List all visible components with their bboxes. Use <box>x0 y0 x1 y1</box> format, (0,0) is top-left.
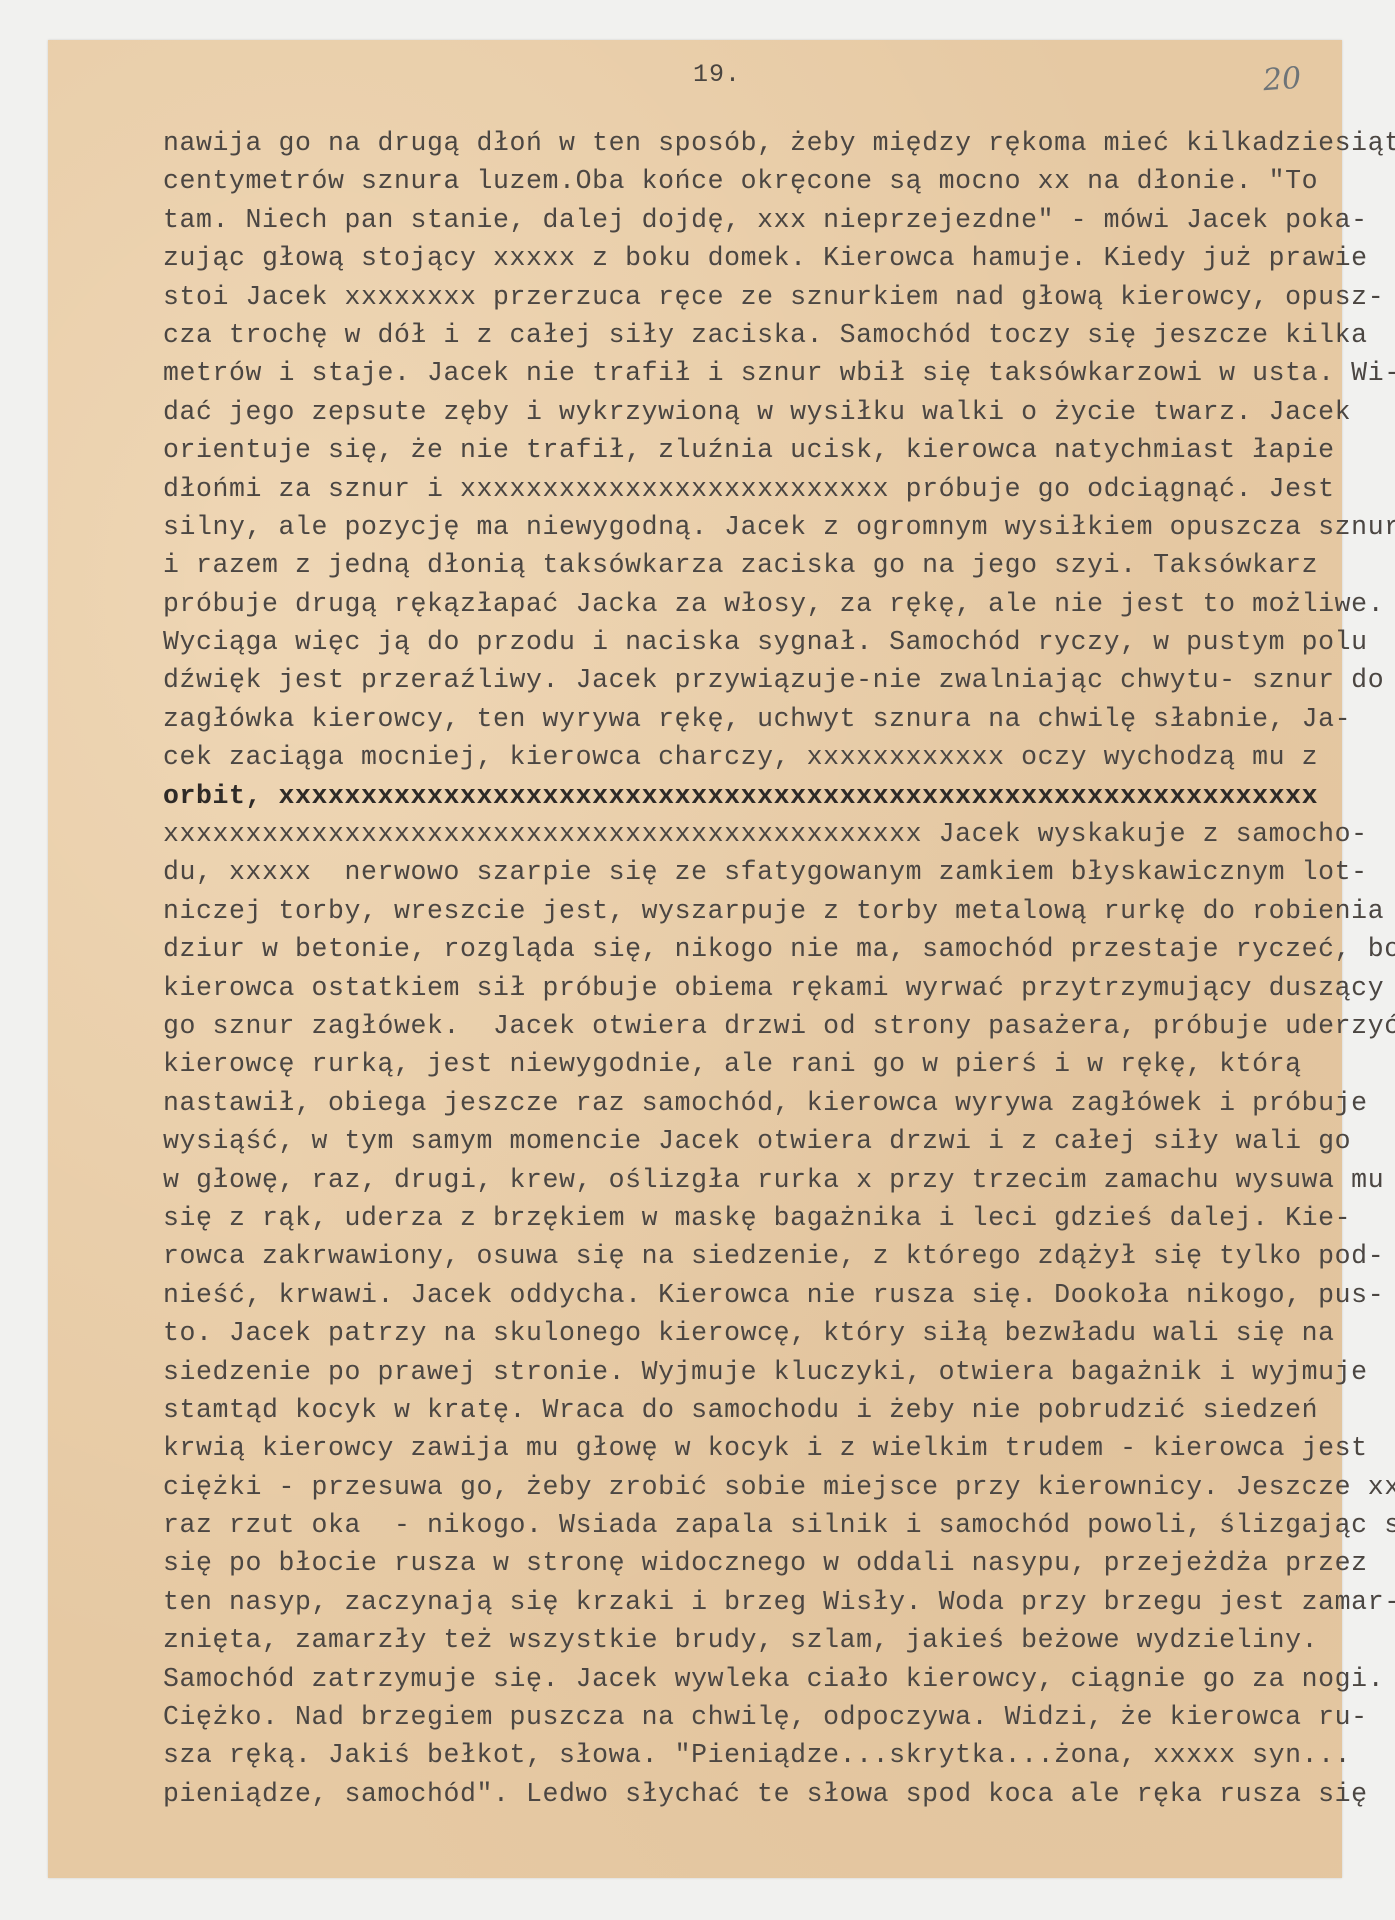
text-line: stoi Jacek xxxxxxxx przerzuca ręce ze sz… <box>163 278 1343 316</box>
text-line: kierowcę rurką, jest niewygodnie, ale ra… <box>163 1045 1343 1083</box>
text-line: ciężki - przesuwa go, żeby zrobić sobie … <box>163 1468 1343 1506</box>
text-line: nawija go na drugą dłoń w ten sposób, że… <box>163 124 1343 162</box>
text-line: próbuje drugą rękązłapać Jacka za włosy,… <box>163 585 1343 623</box>
text-line: w głowę, raz, drugi, krew, oślizgła rurk… <box>163 1161 1343 1199</box>
text-line: go sznur zagłówek. Jacek otwiera drzwi o… <box>163 1007 1343 1045</box>
text-line: i razem z jedną dłonią taksówkarza zacis… <box>163 546 1343 584</box>
text-line: nastawił, obiega jeszcze raz samochód, k… <box>163 1084 1343 1122</box>
text-line: dźwięk jest przeraźliwy. Jacek przywiązu… <box>163 661 1343 699</box>
text-line: to. Jacek patrzy na skulonego kierowcę, … <box>163 1314 1343 1352</box>
text-line: dłońmi za sznur i xxxxxxxxxxxxxxxxxxxxxx… <box>163 470 1343 508</box>
text-line: niczej torby, wreszcie jest, wyszarpuje … <box>163 892 1343 930</box>
text-line-struck-out: orbit, xxxxxxxxxxxxxxxxxxxxxxxxxxxxxxxxx… <box>163 777 1343 815</box>
handwritten-archive-number: 20 <box>1262 61 1303 99</box>
text-line: silny, ale pozycję ma niewygodną. Jacek … <box>163 508 1343 546</box>
text-line: nieść, krwawi. Jacek oddycha. Kierowca n… <box>163 1276 1343 1314</box>
text-line: ten nasyp, zaczynają się krzaki i brzeg … <box>163 1583 1343 1621</box>
text-line: sza ręką. Jakiś bełkot, słowa. "Pieniądz… <box>163 1736 1343 1774</box>
text-line: stamtąd kocyk w kratę. Wraca do samochod… <box>163 1391 1343 1429</box>
typewritten-page: 19. 20 nawija go na drugą dłoń w ten spo… <box>48 40 1342 1878</box>
text-line: zagłówka kierowcy, ten wyrywa rękę, uchw… <box>163 700 1343 738</box>
text-line: wysiąść, w tym samym momencie Jacek otwi… <box>163 1122 1343 1160</box>
text-line: xxxxxxxxxxxxxxxxxxxxxxxxxxxxxxxxxxxxxxxx… <box>163 815 1343 853</box>
text-line: kierowca ostatkiem sił próbuje obiema rę… <box>163 969 1343 1007</box>
text-line: du, xxxxx nerwowo szarpie się ze sfatygo… <box>163 853 1343 891</box>
page-number: 19. <box>693 60 741 89</box>
text-line: zując głową stojący xxxxx z boku domek. … <box>163 239 1343 277</box>
text-line: dziur w betonie, rozgląda się, nikogo ni… <box>163 930 1343 968</box>
text-line: znięta, zamarzły też wszystkie brudy, sz… <box>163 1621 1343 1659</box>
text-line: dać jego zepsute zęby i wykrzywioną w wy… <box>163 393 1343 431</box>
text-line: się po błocie rusza w stronę widocznego … <box>163 1544 1343 1582</box>
body-text: nawija go na drugą dłoń w ten sposób, że… <box>163 124 1343 1813</box>
text-line: krwią kierowcy zawija mu głowę w kocyk i… <box>163 1429 1343 1467</box>
text-line: tam. Niech pan stanie, dalej dojdę, xxx … <box>163 201 1343 239</box>
text-line: Samochód zatrzymuje się. Jacek wywleka c… <box>163 1660 1343 1698</box>
text-line: centymetrów sznura luzem.Oba końce okręc… <box>163 162 1343 200</box>
text-line: pieniądze, samochód". Ledwo słychać te s… <box>163 1775 1343 1813</box>
text-line: raz rzut oka - nikogo. Wsiada zapala sil… <box>163 1506 1343 1544</box>
text-line: się z rąk, uderza z brzękiem w maskę bag… <box>163 1199 1343 1237</box>
text-line: siedzenie po prawej stronie. Wyjmuje klu… <box>163 1353 1343 1391</box>
text-line: orientuje się, że nie trafił, zluźnia uc… <box>163 431 1343 469</box>
text-line: rowca zakrwawiony, osuwa się na siedzeni… <box>163 1237 1343 1275</box>
text-line: metrów i staje. Jacek nie trafił i sznur… <box>163 354 1343 392</box>
text-line: cek zaciąga mocniej, kierowca charczy, x… <box>163 738 1343 776</box>
text-line: Ciężko. Nad brzegiem puszcza na chwilę, … <box>163 1698 1343 1736</box>
text-line: cza trochę w dół i z całej siły zaciska.… <box>163 316 1343 354</box>
text-line: Wyciąga więc ją do przodu i naciska sygn… <box>163 623 1343 661</box>
